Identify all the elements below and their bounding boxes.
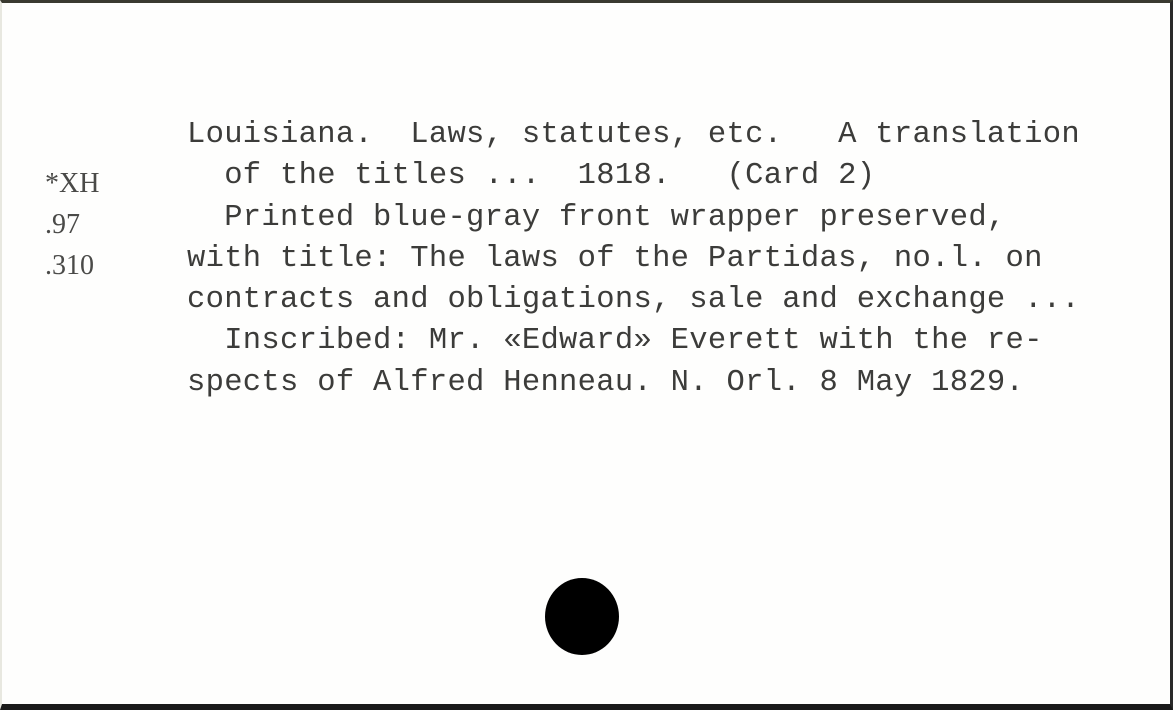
call-number-line: *XH: [45, 163, 99, 204]
entry-inscription-line: Inscribed: Mr. «Edward» Everett with the…: [187, 321, 1080, 362]
call-number-line: .97: [45, 204, 99, 245]
entry-note-line: Printed blue-gray front wrapper preserve…: [187, 198, 1080, 239]
punch-hole-icon: [545, 578, 619, 655]
card-entry-text: Louisiana. Laws, statutes, etc. A transl…: [187, 115, 1080, 404]
entry-note-line: contracts and obligations, sale and exch…: [187, 280, 1080, 321]
entry-note-line: with title: The laws of the Partidas, no…: [187, 239, 1080, 280]
call-number: *XH .97 .310: [45, 163, 99, 286]
entry-title-line: of the titles ... 1818. (Card 2): [187, 156, 1080, 197]
catalog-card: *XH .97 .310 Louisiana. Laws, statutes, …: [0, 0, 1173, 710]
entry-heading-line: Louisiana. Laws, statutes, etc. A transl…: [187, 115, 1080, 156]
entry-inscription-line: spects of Alfred Henneau. N. Orl. 8 May …: [187, 363, 1080, 404]
call-number-line: .310: [45, 245, 99, 286]
